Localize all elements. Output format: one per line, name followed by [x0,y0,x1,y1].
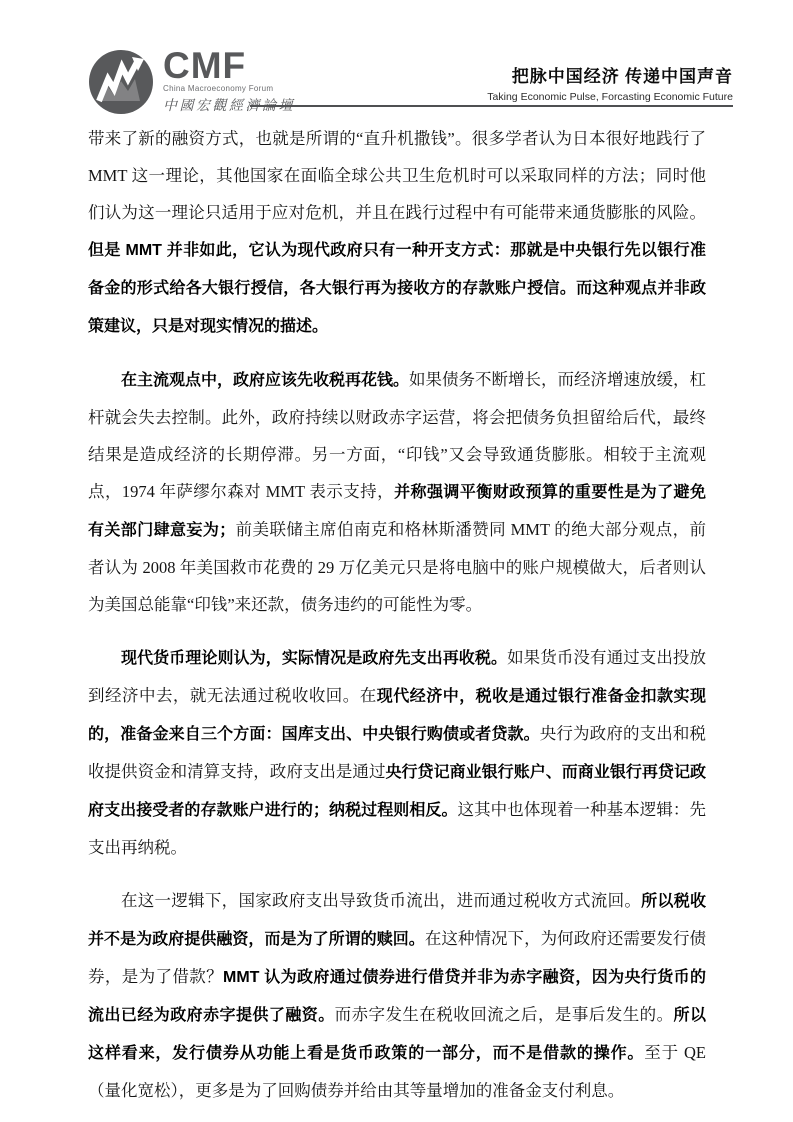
tagline-english: Taking Economic Pulse, Forcasting Econom… [487,91,733,103]
paragraph: 在这一逻辑下，国家政府支出导致货币流出，进而通过税收方式流回。所以税收并不是为政… [88,882,706,1109]
document-body: 带来了新的融资方式，也就是所谓的“直升机撒钱”。很多学者认为日本很好地践行了 M… [88,120,706,1122]
tagline-chinese: 把脉中国经济 传递中国声音 [487,62,733,87]
document-page: CMF China Macroeconomy Forum 中國宏觀經濟論壇 把脉… [0,0,793,1122]
text-run-bold: 但是 MMT 并非如此，它认为现代政府只有一种开支方式：那就是中央银行先以银行准… [88,242,706,335]
cmf-line-chart-arrow-icon [88,49,154,115]
text-run: 而赤字发生在税收回流之后，是事后发生的。 [335,1005,674,1024]
paragraph: 带来了新的融资方式，也就是所谓的“直升机撒钱”。很多学者认为日本很好地践行了 M… [88,120,706,345]
text-run-bold: 在主流观点中，政府应该先收税再花钱。 [121,372,409,389]
paragraph: 在主流观点中，政府应该先收税再花钱。如果债务不断增长，而经济增速放缓，杠杆就会失… [88,361,706,623]
header-tagline: 把脉中国经济 传递中国声音 Taking Economic Pulse, For… [487,62,733,103]
page-header: CMF China Macroeconomy Forum 中國宏觀經濟論壇 把脉… [88,48,733,118]
text-run: 在这一逻辑下，国家政府支出导致货币流出，进而通过税收方式流回。 [121,891,641,910]
logo-name-en: China Macroeconomy Forum [163,84,295,93]
paragraph: 现代货币理论则认为，实际情况是政府先支出再收税。如果货币没有通过支出投放到经济中… [88,639,706,866]
header-divider [250,105,733,107]
text-run-bold: 现代货币理论则认为，实际情况是政府先支出再收税。 [121,650,507,667]
logo-abbr: CMF [163,50,295,81]
text-run: 带来了新的融资方式，也就是所谓的“直升机撒钱”。很多学者认为日本很好地践行了 M… [88,129,706,222]
text-run: 如果债务不断增长，而经济增速放缓，杠杆就会失去控制。此外，政府持续以财政赤字运营… [88,370,706,501]
